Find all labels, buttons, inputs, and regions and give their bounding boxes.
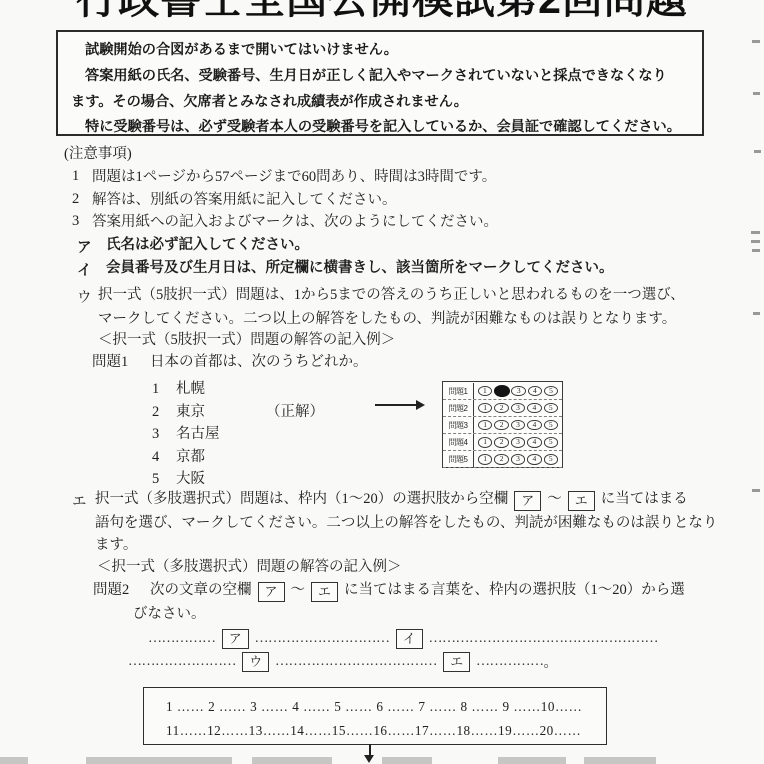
exam-instructions-page: 行政書士全国公開模試第2回問題 試験開始の合図があるまで開いてはいけません。 答… bbox=[0, 0, 764, 764]
sentence-part: 次の文章の空欄 bbox=[150, 582, 252, 598]
scan-artifact bbox=[382, 757, 432, 764]
tilde: ～ bbox=[291, 582, 306, 598]
page-title-text: 行政書士全国公開模試第2回問題 bbox=[76, 0, 688, 20]
answer-bubble: 2 bbox=[494, 437, 509, 448]
notice-line: 答案用紙の氏名、受験番号、生月日が正しく記入やマークされていないと採点できなくな… bbox=[71, 64, 689, 90]
choice-row: 1札幌 bbox=[152, 377, 205, 398]
answer-bubble: 3 bbox=[511, 386, 526, 397]
answer-bubble: 1 bbox=[478, 420, 493, 431]
scan-artifact bbox=[498, 757, 566, 764]
correct-answer-arrow-icon bbox=[375, 404, 423, 406]
choice-row: 3名古屋 bbox=[152, 422, 220, 443]
answer-bubble: 5 bbox=[544, 420, 559, 431]
answer-bubble: 1 bbox=[478, 454, 493, 465]
answer-bubble: 2 bbox=[494, 420, 509, 431]
question2-text-line2: びなさい。 bbox=[133, 605, 206, 623]
scan-artifact bbox=[584, 757, 656, 764]
dot-leader: ……………………………… bbox=[275, 654, 437, 670]
scan-artifact bbox=[754, 150, 761, 153]
mark-sheet-row: 問題512345 bbox=[443, 451, 562, 468]
mark-sheet-row: 問題212345 bbox=[443, 400, 562, 417]
mark-sheet-bubbles: 12345 bbox=[474, 403, 562, 414]
answer-bubble: 3 bbox=[511, 437, 526, 448]
dot-leader: …………… bbox=[148, 631, 216, 647]
blank-box-i: イ bbox=[396, 629, 423, 649]
blank-box-e: エ bbox=[311, 582, 338, 602]
answer-bubble: 3 bbox=[511, 420, 526, 431]
answer-bubble: 1 bbox=[478, 437, 493, 448]
choice-number: 4 bbox=[152, 449, 176, 466]
answer-bubble: 5 bbox=[544, 454, 559, 465]
scan-artifact bbox=[752, 489, 760, 492]
scan-artifact bbox=[751, 231, 760, 234]
answer-bubble: 4 bbox=[527, 403, 542, 414]
question2-label: 問題2 bbox=[93, 581, 129, 599]
choice-row: 2東京（正解） bbox=[152, 400, 205, 421]
blank-box-e: エ bbox=[443, 652, 470, 672]
scan-artifact bbox=[252, 757, 332, 764]
answer-bubble: 5 bbox=[544, 403, 559, 414]
scan-artifact bbox=[753, 92, 760, 95]
mark-sheet-row-label: 問題5 bbox=[443, 451, 474, 467]
note-item-text: 解答は、別紙の答案用紙に記入してください。 bbox=[92, 191, 397, 209]
blank-box-e: エ bbox=[568, 491, 595, 511]
answer-bubble: 4 bbox=[527, 454, 542, 465]
blank-box-a: ア bbox=[258, 582, 285, 602]
note-item-text: 問題は1ページから57ページまで60問あり、時間は3時間です。 bbox=[92, 168, 496, 186]
mark-sheet-bubbles: 12345 bbox=[474, 385, 562, 397]
choice-text: 大阪 bbox=[176, 471, 205, 487]
choice-row: 5大阪 bbox=[152, 467, 205, 488]
note-item-number: 3 bbox=[72, 213, 79, 230]
mark-sheet-row-label: 問題4 bbox=[443, 434, 474, 450]
blank-example-line1: ……………ア…………………………イ…………………………………………… bbox=[148, 629, 658, 649]
scan-artifact bbox=[0, 757, 28, 764]
tilde: ～ bbox=[547, 491, 562, 507]
answer-bubble: 4 bbox=[527, 420, 542, 431]
blank-box-a: ア bbox=[222, 629, 249, 649]
question1-label: 問題1 bbox=[92, 353, 128, 371]
choices-row-1-10: 1 …… 2 …… 3 …… 4 …… 5 …… 6 …… 7 …… 8 …… … bbox=[166, 695, 606, 719]
sentence-part: に当てはまる bbox=[601, 491, 688, 507]
answer-bubble: 4 bbox=[527, 437, 542, 448]
choice-text: 札幌 bbox=[176, 381, 205, 397]
sub-item-text: ます。 bbox=[95, 536, 137, 554]
mark-sheet-row-label: 問題1 bbox=[443, 383, 474, 399]
choices-row-11-20: 11……12……13……14……15……16……17……18……19……20…… bbox=[166, 719, 606, 743]
mark-sheet-bubbles: 12345 bbox=[474, 437, 562, 448]
sub-item-text: マークしてください。二つ以上の解答をしたもの、判読が困難なものは誤りとなります。 bbox=[98, 310, 676, 328]
dot-leader: ………………………… bbox=[255, 631, 390, 647]
choice-row: 4京都 bbox=[152, 445, 205, 466]
choice-number: 2 bbox=[152, 404, 176, 421]
sub-item-kana: ウ bbox=[77, 286, 92, 307]
dot-leader: …………………………………………… bbox=[429, 631, 659, 647]
example-heading: ＜択一式（5肢択一式）問題の解答の記入例＞ bbox=[98, 331, 395, 349]
sentence-part: に当てはまる言葉を、枠内の選択肢（1～20）から選 bbox=[344, 582, 685, 598]
answer-bubble: 1 bbox=[478, 386, 493, 397]
answer-bubble: 5 bbox=[544, 437, 559, 448]
question2-text: 次の文章の空欄ア～エに当てはまる言葉を、枠内の選択肢（1～20）から選 bbox=[150, 581, 685, 602]
blank-box-a: ア bbox=[514, 491, 541, 511]
notice-box: 試験開始の合図があるまで開いてはいけません。 答案用紙の氏名、受験番号、生月日が… bbox=[56, 30, 704, 136]
notice-line: 試験開始の合図があるまで開いてはいけません。 bbox=[71, 38, 689, 64]
dot-leader: …………………… bbox=[128, 654, 236, 670]
blank-example-line2: ……………………ウ………………………………エ……………。 bbox=[128, 652, 557, 672]
mark-sheet-bubbles: 12345 bbox=[474, 420, 562, 431]
answer-bubble: 3 bbox=[511, 403, 526, 414]
scan-artifact bbox=[751, 240, 760, 243]
sub-item-kana: イ bbox=[77, 259, 92, 280]
mark-sheet-row: 問題412345 bbox=[443, 434, 562, 451]
continuation-arrow-head-icon bbox=[364, 755, 374, 763]
choice-text: 名古屋 bbox=[176, 426, 220, 442]
period: 。 bbox=[544, 652, 558, 672]
answer-bubble: 2 bbox=[494, 403, 509, 414]
answer-bubble: 3 bbox=[511, 454, 526, 465]
sub-item-text: 会員番号及び生月日は、所定欄に横書きし、該当箇所をマークしてください。 bbox=[106, 259, 614, 277]
scan-artifact bbox=[753, 312, 760, 315]
filled-answer-bubble: 2 bbox=[494, 385, 510, 397]
notice-line: ます。その場合、欠席者とみなされ成績表が作成されません。 bbox=[71, 90, 689, 116]
choice-text: 京都 bbox=[176, 449, 205, 465]
mark-sheet: 問題112345問題212345問題312345問題412345問題512345 bbox=[442, 381, 563, 468]
question1-text: 日本の首都は、次のうちどれか。 bbox=[150, 353, 368, 371]
example-heading: ＜択一式（多肢選択式）問題の解答の記入例＞ bbox=[97, 558, 402, 576]
sub-item-text: 択一式（多肢選択式）問題は、枠内（1～20）の選択肢から空欄ア～エに当てはまる bbox=[95, 490, 688, 511]
note-item-number: 2 bbox=[72, 191, 79, 208]
note-item-text: 答案用紙への記入およびマークは、次のようにしてください。 bbox=[92, 213, 498, 231]
sentence-part: 択一式（多肢選択式）問題は、枠内（1～20）の選択肢から空欄 bbox=[95, 491, 508, 507]
choice-number: 3 bbox=[152, 426, 176, 443]
notice-line: 特に受験番号は、必ず受験者本人の受験番号を記入しているか、会員証で確認してくださ… bbox=[71, 115, 689, 141]
choices-1-20-box: 1 …… 2 …… 3 …… 4 …… 5 …… 6 …… 7 …… 8 …… … bbox=[143, 687, 607, 745]
dot-leader: …………… bbox=[476, 654, 544, 670]
sub-item-kana: エ bbox=[72, 490, 87, 511]
choice-number: 5 bbox=[152, 471, 176, 488]
mark-sheet-row-label: 問題2 bbox=[443, 400, 474, 416]
answer-bubble: 4 bbox=[528, 386, 543, 397]
answer-bubble: 1 bbox=[478, 403, 493, 414]
sub-item-text: 氏名は必ず記入してください。 bbox=[106, 236, 309, 254]
answer-bubble: 2 bbox=[494, 454, 509, 465]
scan-artifact bbox=[752, 40, 760, 43]
mark-sheet-bubbles: 12345 bbox=[474, 454, 562, 465]
correct-answer-note: （正解） bbox=[266, 400, 324, 421]
sub-item-text: 語句を選び、マークしてください。二つ以上の解答をしたもの、判読が困難なものは誤り… bbox=[95, 514, 717, 532]
mark-sheet-row: 問題112345 bbox=[443, 383, 562, 400]
scan-artifact bbox=[752, 249, 760, 252]
choice-number: 1 bbox=[152, 381, 176, 398]
mark-sheet-row-label: 問題3 bbox=[443, 417, 474, 433]
choice-text: 東京 bbox=[176, 404, 205, 420]
scan-artifact bbox=[86, 757, 232, 764]
mark-sheet-row: 問題312345 bbox=[443, 417, 562, 434]
notes-heading: (注意事項) bbox=[64, 145, 132, 163]
sub-item-text: 択一式（5肢択一式）問題は、1から5までの答えのうち正しいと思われるものを一つ選… bbox=[98, 286, 685, 304]
sub-item-kana: ア bbox=[77, 236, 92, 257]
note-item-number: 1 bbox=[72, 168, 79, 185]
blank-box-u: ウ bbox=[242, 652, 269, 672]
page-title: 行政書士全国公開模試第2回問題 bbox=[0, 0, 764, 20]
answer-bubble: 5 bbox=[544, 386, 559, 397]
